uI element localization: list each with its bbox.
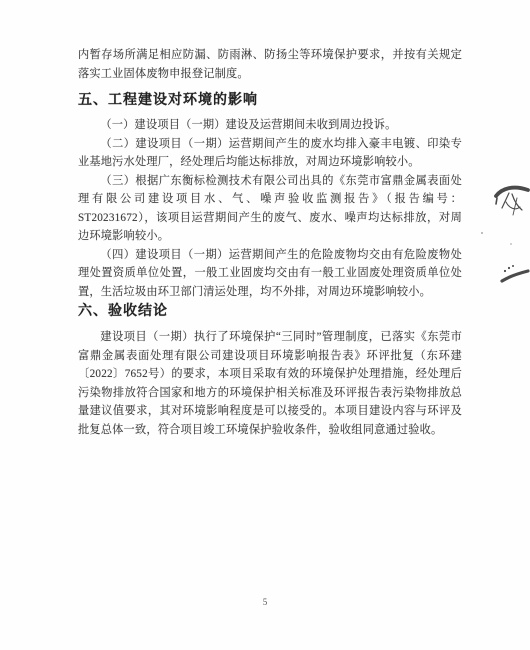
handwritten-ink-dash-icon (500, 261, 530, 287)
document-page: 内暂存场所满足相应防漏、防雨淋、防扬尘等环境保护要求，并按有关规定落实工业固体废… (0, 0, 530, 650)
section-6-heading: 六、验收结论 (78, 302, 462, 322)
page-number: 5 (0, 597, 530, 607)
section-6-paragraph: 建设项目（一期）执行了环境保护“三同时”管理制度，已落实《东莞市富鼎金属表面处理… (78, 328, 462, 439)
scan-speck (481, 232, 483, 234)
section-5-paragraph-4: （四）建设项目（一期）运营期间产生的危险废物均交由有危险废物处理处置资质单位处置… (78, 246, 462, 302)
paragraph-continuation: 内暂存场所满足相应防漏、防雨淋、防扬尘等环境保护要求，并按有关规定落实工业固体废… (78, 46, 462, 83)
section-5-paragraph-1: （一）建设项目（一期）建设及运营期间未收到周边投诉。 (78, 116, 462, 135)
page-content: 内暂存场所满足相应防漏、防雨淋、防扬尘等环境保护要求，并按有关规定落实工业固体废… (78, 46, 462, 439)
scan-speck (510, 243, 512, 245)
handwritten-ink-mark-icon (493, 181, 530, 225)
section-5-paragraph-3: （三）根据广东衡标检测技术有限公司出具的《东莞市富鼎金属表面处理有限公司建设项目… (78, 172, 462, 246)
section-5-paragraph-2: （二）建设项目（一期）运营期间产生的废水均排入豪丰电镀、印染专业基地污水处理厂，… (78, 135, 462, 172)
section-5-heading: 五、工程建设对环境的影响 (78, 91, 462, 111)
